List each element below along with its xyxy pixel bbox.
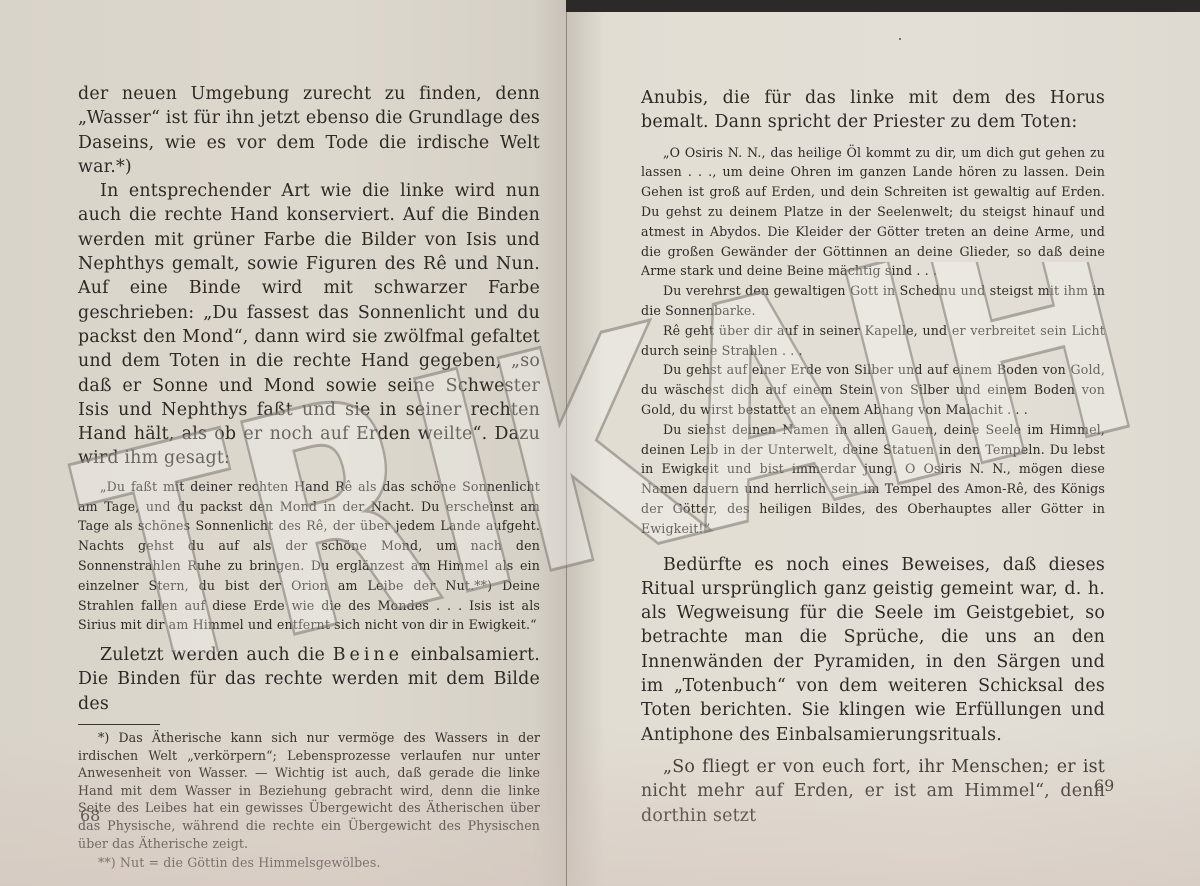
paragraph: der neuen Umgebung zurecht zu finden, de… [78, 82, 540, 179]
paragraph: Anubis, die für das linke mit dem des Ho… [641, 86, 1105, 135]
paragraph: „So fliegt er von euch fort, ihr Mensche… [641, 755, 1105, 828]
quote-paragraph: Du gehst auf einer Erde von Silber und a… [641, 360, 1105, 419]
quote-paragraph: Du siehst deinen Namen in allen Gauen, d… [641, 420, 1105, 539]
page-number: 69 [1094, 776, 1114, 795]
paragraph: In entsprechender Art wie die linke wird… [78, 179, 540, 471]
quotation: „O Osiris N. N., das heilige Öl kommt zu… [641, 143, 1105, 539]
quote-paragraph: Du verehrst den gewaltigen Gott in Sched… [641, 281, 1105, 321]
open-book-spread: der neuen Umgebung zurecht zu finden, de… [0, 0, 1200, 886]
paragraph: Bedürfte es noch eines Beweises, daß die… [641, 553, 1105, 747]
right-page-text: Anubis, die für das linke mit dem des Ho… [641, 86, 1105, 828]
paper-speck [899, 38, 901, 40]
footnote: **) Nut = die Göttin des Himmelsgewölbes… [78, 854, 540, 872]
left-page-text: der neuen Umgebung zurecht zu finden, de… [78, 82, 540, 872]
footnote: *) Das Ätherische kann sich nur vermöge … [78, 729, 540, 852]
left-page: der neuen Umgebung zurecht zu finden, de… [0, 0, 566, 886]
page-number: 68 [80, 806, 100, 825]
right-page: Anubis, die für das linke mit dem des Ho… [566, 12, 1200, 886]
text-run: Zuletzt werden auch die [100, 645, 333, 665]
emphasized-word: Beine [333, 645, 403, 665]
quote-paragraph: „Du faßt mit deiner rechten Hand Rê als … [78, 477, 540, 635]
quotation: „Du faßt mit deiner rechten Hand Rê als … [78, 477, 540, 635]
footnote-divider [78, 724, 160, 725]
paragraph: Zuletzt werden auch die Beine einbalsami… [78, 643, 540, 716]
quote-paragraph: Rê geht über dir auf in seiner Kapelle, … [641, 321, 1105, 361]
quote-paragraph: „O Osiris N. N., das heilige Öl kommt zu… [641, 143, 1105, 282]
